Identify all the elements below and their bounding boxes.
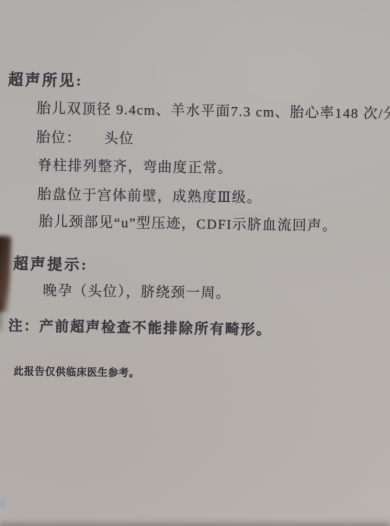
finding-line-position: 胎位： 头位 xyxy=(36,127,134,149)
finding-line-nuchal-cord: 胎儿颈部见“u”型压迹，CDFI示脐血流回声。 xyxy=(39,211,338,236)
findings-header: 超声所见: xyxy=(8,68,83,90)
finding-line-biometry: 胎儿双顶径 9.4cm、羊水平面7.3 cm、胎心率148 次/分。 xyxy=(37,98,390,124)
report-text: 超声所见: 胎儿双顶径 9.4cm、羊水平面7.3 cm、胎心率148 次/分。… xyxy=(0,0,390,526)
left-edge-shadow-tail xyxy=(0,300,4,330)
bottom-corner-highlight xyxy=(0,498,5,508)
note-line: 注：产前超声检查不能排除所有畸形。 xyxy=(8,316,272,340)
finding-line-placenta: 胎盘位于宫体前壁，成熟度Ⅲ级。 xyxy=(37,184,262,208)
impression-line: 晚孕（头位），脐绕颈一周。 xyxy=(43,280,231,303)
bottom-edge-shadow xyxy=(0,519,390,526)
finding-line-spine: 脊柱排列整齐，弯曲度正常。 xyxy=(38,155,233,178)
impression-header: 超声提示: xyxy=(13,253,88,275)
report-photo: 超声所见: 胎儿双顶径 9.4cm、羊水平面7.3 cm、胎心率148 次/分。… xyxy=(0,0,390,526)
disclaimer-line: 此报告仅供临床医生参考。 xyxy=(13,363,139,380)
